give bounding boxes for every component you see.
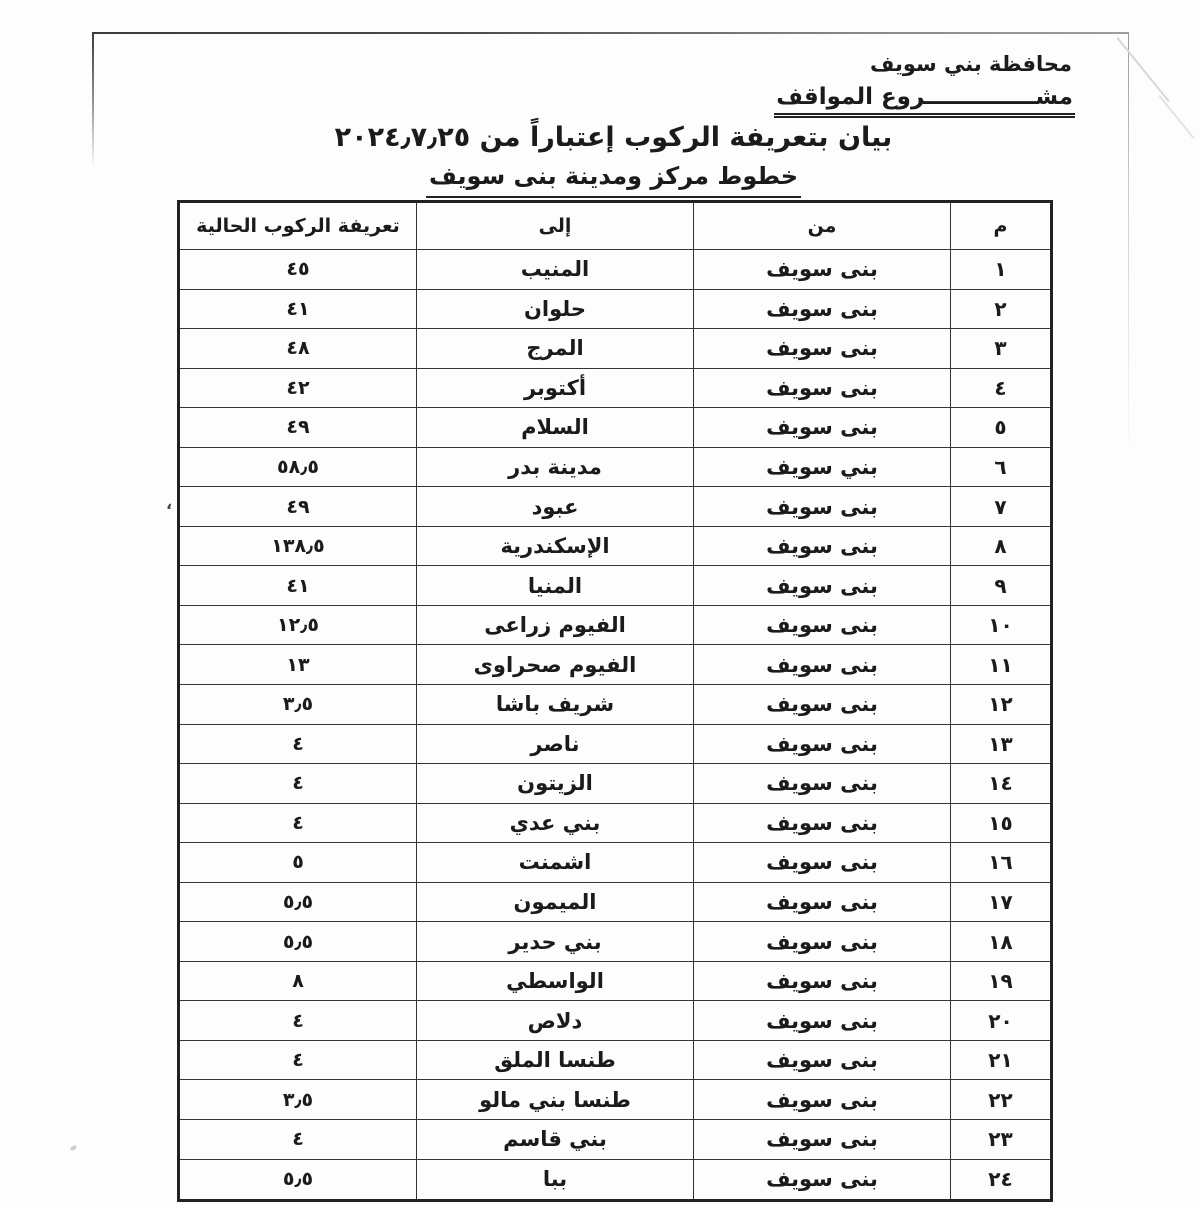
fare-cell: ٤٥ xyxy=(179,250,417,290)
stray-ink-mark: ، xyxy=(166,494,172,513)
header-fare: تعريفة الركوب الحالية xyxy=(179,202,417,250)
department-name-text: مشــــــــــــــروع المواقف xyxy=(774,84,1075,118)
to-cell: الميمون xyxy=(417,882,694,922)
header-serial: م xyxy=(951,202,1052,250)
from-cell: بنى سويف xyxy=(694,882,951,922)
document-subtitle: خطوط مركز ومدينة بنى سويف xyxy=(177,160,1050,198)
table-row: ١٩ بنى سويف الواسطي ٨ xyxy=(179,961,1052,1001)
table-row: ١١ بنى سويف الفيوم صحراوى ١٣ xyxy=(179,645,1052,685)
to-cell: اشمنت xyxy=(417,843,694,883)
fare-cell: ٤ xyxy=(179,803,417,843)
serial-cell: ١٢ xyxy=(951,685,1052,725)
to-cell: الواسطي xyxy=(417,961,694,1001)
table-row: ٢٤ بنى سويف ببا ٥٫٥ xyxy=(179,1159,1052,1200)
serial-cell: ١٧ xyxy=(951,882,1052,922)
fare-cell: ٤ xyxy=(179,1001,417,1041)
to-cell: عبود xyxy=(417,487,694,527)
serial-cell: ٩ xyxy=(951,566,1052,606)
to-cell: المنيب xyxy=(417,250,694,290)
table-row: ٢٠ بنى سويف دلاص ٤ xyxy=(179,1001,1052,1041)
scanned-document-page: { "style": { "ink": "#1b1b1b", "paper": … xyxy=(0,0,1200,1206)
to-cell: المنيا xyxy=(417,566,694,606)
serial-cell: ٥ xyxy=(951,408,1052,448)
serial-cell: ١٥ xyxy=(951,803,1052,843)
serial-cell: ١٦ xyxy=(951,843,1052,883)
from-cell: بنى سويف xyxy=(694,487,951,527)
document-title: بيان بتعريفة الركوب إعتباراً من ٢٠٢٤٫٧٫٢… xyxy=(177,120,1050,156)
fare-cell: ٤٩ xyxy=(179,487,417,527)
from-cell: بنى سويف xyxy=(694,566,951,606)
from-cell: بنى سويف xyxy=(694,803,951,843)
corner-crease-line-2 xyxy=(1158,95,1194,139)
from-cell: بنى سويف xyxy=(694,685,951,725)
department-name: مشــــــــــــــروع المواقف xyxy=(787,84,1075,118)
to-cell: أكتوبر xyxy=(417,368,694,408)
to-cell: بني قاسم xyxy=(417,1120,694,1160)
table-row: ١٢ بنى سويف شريف باشا ٣٫٥ xyxy=(179,685,1052,725)
serial-cell: ٢٤ xyxy=(951,1159,1052,1200)
fare-cell: ١٣٨٫٥ xyxy=(179,526,417,566)
from-cell: بنى سويف xyxy=(694,605,951,645)
fare-cell: ٤١ xyxy=(179,289,417,329)
to-cell: حلوان xyxy=(417,289,694,329)
corner-crease-line xyxy=(1116,37,1169,102)
table-row: ٢ بنى سويف حلوان ٤١ xyxy=(179,289,1052,329)
to-cell: ببا xyxy=(417,1159,694,1200)
to-cell: دلاص xyxy=(417,1001,694,1041)
fare-cell: ٣٫٥ xyxy=(179,1080,417,1120)
header-row: م من إلى تعريفة الركوب الحالية xyxy=(179,202,1052,250)
to-cell: ناصر xyxy=(417,724,694,764)
table-row: ١٥ بنى سويف بني عدي ٤ xyxy=(179,803,1052,843)
title-block: بيان بتعريفة الركوب إعتباراً من ٢٠٢٤٫٧٫٢… xyxy=(177,120,1050,198)
fare-cell: ٤٨ xyxy=(179,329,417,369)
from-cell: بنى سويف xyxy=(694,250,951,290)
serial-cell: ٨ xyxy=(951,526,1052,566)
to-cell: طنسا بني مالو xyxy=(417,1080,694,1120)
document-subtitle-text: خطوط مركز ومدينة بنى سويف xyxy=(426,160,801,198)
to-cell: بني عدي xyxy=(417,803,694,843)
from-cell: بنى سويف xyxy=(694,1159,951,1200)
table-row: ١٠ بنى سويف الفيوم زراعى ١٢٫٥ xyxy=(179,605,1052,645)
fare-cell: ٤١ xyxy=(179,566,417,606)
to-cell: الفيوم زراعى xyxy=(417,605,694,645)
fare-cell: ٤ xyxy=(179,1040,417,1080)
fare-cell: ٥٫٥ xyxy=(179,882,417,922)
to-cell: الفيوم صحراوى xyxy=(417,645,694,685)
table-row: ٥ بنى سويف السلام ٤٩ xyxy=(179,408,1052,448)
from-cell: بنى سويف xyxy=(694,922,951,962)
fare-cell: ٤ xyxy=(179,1120,417,1160)
to-cell: الإسكندرية xyxy=(417,526,694,566)
from-cell: بنى سويف xyxy=(694,289,951,329)
serial-cell: ٢١ xyxy=(951,1040,1052,1080)
fare-cell: ٣٫٥ xyxy=(179,685,417,725)
to-cell: المرج xyxy=(417,329,694,369)
from-cell: بنى سويف xyxy=(694,1040,951,1080)
page-edge-left-line xyxy=(92,33,94,168)
table-row: ٩ بنى سويف المنيا ٤١ xyxy=(179,566,1052,606)
table-row: ٢٢ بنى سويف طنسا بني مالو ٣٫٥ xyxy=(179,1080,1052,1120)
header-from: من xyxy=(694,202,951,250)
from-cell: بنى سويف xyxy=(694,329,951,369)
fare-cell: ٨ xyxy=(179,961,417,1001)
serial-cell: ٢ xyxy=(951,289,1052,329)
to-cell: مدينة بدر xyxy=(417,447,694,487)
fare-cell: ٤ xyxy=(179,764,417,804)
table-row: ١٣ بنى سويف ناصر ٤ xyxy=(179,724,1052,764)
from-cell: بنى سويف xyxy=(694,526,951,566)
table-row: ٢١ بنى سويف طنسا الملق ٤ xyxy=(179,1040,1052,1080)
fare-table: م من إلى تعريفة الركوب الحالية ١ بنى سوي… xyxy=(177,200,1053,1202)
table-row: ٦ بني سويف مدينة بدر ٥٨٫٥ xyxy=(179,447,1052,487)
fare-cell: ٥٫٥ xyxy=(179,1159,417,1200)
serial-cell: ١٤ xyxy=(951,764,1052,804)
serial-cell: ٣ xyxy=(951,329,1052,369)
serial-cell: ١٩ xyxy=(951,961,1052,1001)
serial-cell: ١٠ xyxy=(951,605,1052,645)
from-cell: بنى سويف xyxy=(694,645,951,685)
fare-cell: ٥٨٫٥ xyxy=(179,447,417,487)
table-row: ٣ بنى سويف المرج ٤٨ xyxy=(179,329,1052,369)
serial-cell: ١١ xyxy=(951,645,1052,685)
fare-cell: ٤٩ xyxy=(179,408,417,448)
serial-cell: ٤ xyxy=(951,368,1052,408)
to-cell: الزيتون xyxy=(417,764,694,804)
from-cell: بنى سويف xyxy=(694,961,951,1001)
page-edge-right-line xyxy=(1128,33,1129,463)
serial-cell: ٢٠ xyxy=(951,1001,1052,1041)
to-cell: طنسا الملق xyxy=(417,1040,694,1080)
fare-cell: ١٢٫٥ xyxy=(179,605,417,645)
header-to: إلى xyxy=(417,202,694,250)
serial-cell: ٧ xyxy=(951,487,1052,527)
table-row: ٧ بنى سويف عبود ٤٩ xyxy=(179,487,1052,527)
fare-cell: ٤ xyxy=(179,724,417,764)
fare-cell: ٥٫٥ xyxy=(179,922,417,962)
to-cell: شريف باشا xyxy=(417,685,694,725)
from-cell: بنى سويف xyxy=(694,764,951,804)
serial-cell: ٢٢ xyxy=(951,1080,1052,1120)
serial-cell: ٦ xyxy=(951,447,1052,487)
fare-table-header: م من إلى تعريفة الركوب الحالية xyxy=(179,202,1052,250)
from-cell: بنى سويف xyxy=(694,408,951,448)
governorate-name: محافظة بني سويف xyxy=(900,52,1072,76)
stray-smudge xyxy=(69,1145,77,1152)
table-row: ٢٣ بنى سويف بني قاسم ٤ xyxy=(179,1120,1052,1160)
table-row: ١٧ بنى سويف الميمون ٥٫٥ xyxy=(179,882,1052,922)
serial-cell: ١٣ xyxy=(951,724,1052,764)
fare-cell: ١٣ xyxy=(179,645,417,685)
from-cell: بنى سويف xyxy=(694,1001,951,1041)
from-cell: بنى سويف xyxy=(694,368,951,408)
table-row: ٤ بنى سويف أكتوبر ٤٢ xyxy=(179,368,1052,408)
table-row: ٨ بنى سويف الإسكندرية ١٣٨٫٥ xyxy=(179,526,1052,566)
from-cell: بني سويف xyxy=(694,447,951,487)
table-row: ١٤ بنى سويف الزيتون ٤ xyxy=(179,764,1052,804)
from-cell: بنى سويف xyxy=(694,1120,951,1160)
table-row: ١ بنى سويف المنيب ٤٥ xyxy=(179,250,1052,290)
table-row: ١٨ بنى سويف بني حدير ٥٫٥ xyxy=(179,922,1052,962)
serial-cell: ١ xyxy=(951,250,1052,290)
from-cell: بنى سويف xyxy=(694,843,951,883)
page-edge-top-line xyxy=(92,32,1129,34)
to-cell: بني حدير xyxy=(417,922,694,962)
fare-cell: ٥ xyxy=(179,843,417,883)
from-cell: بنى سويف xyxy=(694,724,951,764)
serial-cell: ٢٣ xyxy=(951,1120,1052,1160)
table-row: ١٦ بنى سويف اشمنت ٥ xyxy=(179,843,1052,883)
serial-cell: ١٨ xyxy=(951,922,1052,962)
to-cell: السلام xyxy=(417,408,694,448)
from-cell: بنى سويف xyxy=(694,1080,951,1120)
fare-cell: ٤٢ xyxy=(179,368,417,408)
fare-table-body: ١ بنى سويف المنيب ٤٥ ٢ بنى سويف حلوان ٤١… xyxy=(179,250,1052,1201)
